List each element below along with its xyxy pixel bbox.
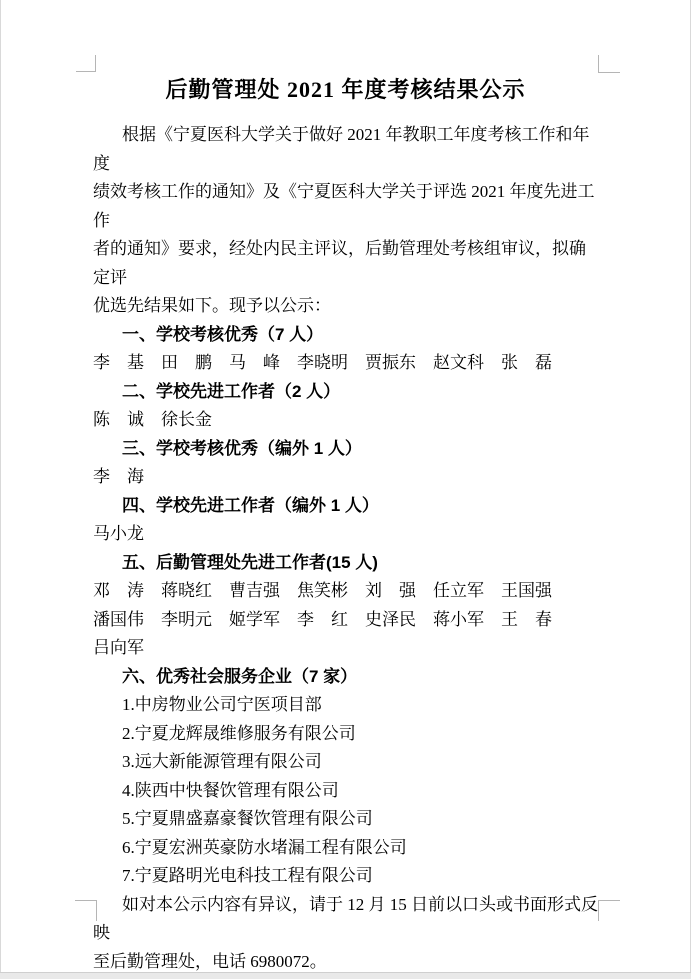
name-list-line: 李 基 田 鹏 马 峰 李晓明 贾振东 赵文科 张 磊 xyxy=(93,349,598,378)
intro-paragraph-line: 绩效考核工作的通知》及《宁夏医科大学关于评选 2021 年度先进工作 xyxy=(93,178,598,235)
document-content: 后勤管理处 2021 年度考核结果公示 根据《宁夏医科大学关于做好 2021 年… xyxy=(93,71,598,976)
company-list-item: 2.宁夏龙辉晟维修服务有限公司 xyxy=(93,720,598,749)
company-list-item: 7.宁夏路明光电科技工程有限公司 xyxy=(93,862,598,891)
crop-mark-top-right xyxy=(598,55,620,73)
company-list-item: 3.远大新能源管理有限公司 xyxy=(93,748,598,777)
closing-paragraph-line: 如对本公示内容有异议，请于 12 月 15 日前以口头或书面形式反映 xyxy=(93,891,598,948)
section-heading-6: 六、优秀社会服务企业（7 家） xyxy=(93,663,598,692)
intro-paragraph-line: 优选先结果如下。现予以公示： xyxy=(93,292,598,321)
crop-mark-top-left xyxy=(76,55,96,72)
name-list-line: 邓 涛 蒋晓红 曹吉强 焦笑彬 刘 强 任立军 王国强 xyxy=(93,577,598,606)
company-list-item: 1.中房物业公司宁医项目部 xyxy=(93,691,598,720)
name-list-line: 潘国伟 李明元 姬学军 李 红 史泽民 蒋小军 王 春 xyxy=(93,606,598,635)
section-heading-5: 五、后勤管理处先进工作者(15 人) xyxy=(93,549,598,578)
section-heading-3: 三、学校考核优秀（编外 1 人） xyxy=(93,435,598,464)
closing-paragraph-line: 至后勤管理处，电话 6980072。 xyxy=(93,948,598,977)
intro-paragraph-line: 者的通知》要求，经处内民主评议，后勤管理处考核组审议，拟确定评 xyxy=(93,235,598,292)
section-heading-4: 四、学校先进工作者（编外 1 人） xyxy=(93,492,598,521)
page-title: 后勤管理处 2021 年度考核结果公示 xyxy=(93,71,598,109)
company-list-item: 5.宁夏鼎盛嘉豪餐饮管理有限公司 xyxy=(93,805,598,834)
intro-paragraph-line: 根据《宁夏医科大学关于做好 2021 年教职工年度考核工作和年度 xyxy=(93,121,598,178)
page-edge-left xyxy=(0,0,1,979)
name-list-line: 陈 诚 徐长金 xyxy=(93,406,598,435)
company-list-item: 4.陕西中快餐饮管理有限公司 xyxy=(93,777,598,806)
company-list-item: 6.宁夏宏洲英豪防水堵漏工程有限公司 xyxy=(93,834,598,863)
name-list-line: 马小龙 xyxy=(93,520,598,549)
section-heading-1: 一、学校考核优秀（7 人） xyxy=(93,321,598,350)
name-list-line: 李 海 xyxy=(93,463,598,492)
crop-mark-bottom-right xyxy=(598,900,620,921)
section-heading-2: 二、学校先进工作者（2 人） xyxy=(93,378,598,407)
name-list-line: 吕向军 xyxy=(93,634,598,663)
document-page: { "colors": { "text": "#000000", "crop_m… xyxy=(0,0,691,979)
